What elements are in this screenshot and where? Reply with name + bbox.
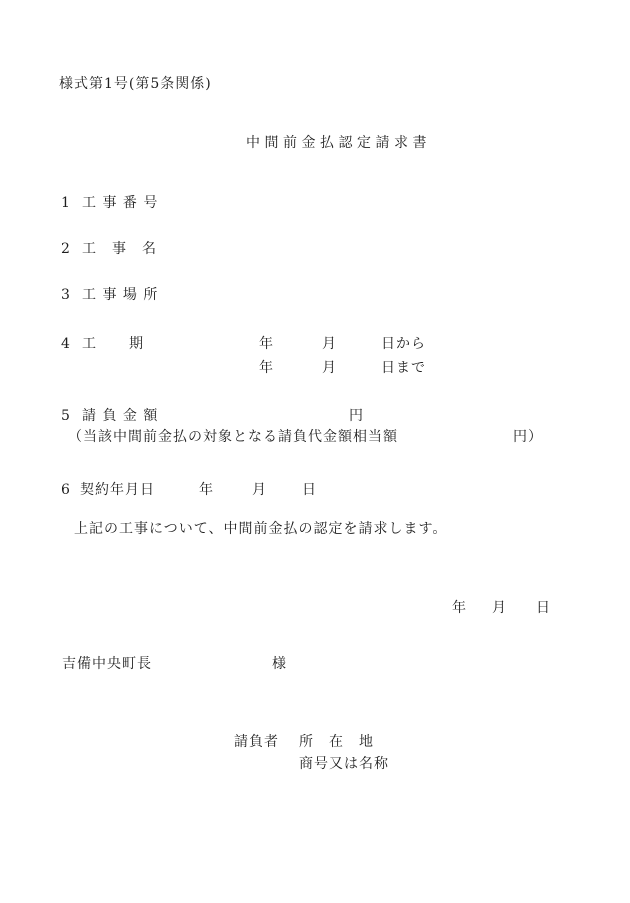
date-month-label: 月 (492, 601, 507, 615)
item-5-number: 5 (61, 409, 71, 423)
item-2-label-construction-name: 工 事 名 (82, 242, 157, 256)
item-5-note: （当該中間前金払の対象となる請負代金額相当額 (68, 430, 398, 444)
item-5-yen-label: 円 (349, 409, 364, 423)
item-3-number: 3 (61, 288, 71, 302)
item-4-to-year-label: 年 (259, 361, 274, 375)
item-4-number: 4 (61, 337, 71, 351)
item-4-from-day-label: 日から (381, 337, 426, 351)
contractor-label: 請負者 (234, 735, 279, 749)
page-title: 中間前金払認定請求書 (246, 136, 431, 150)
item-5-label-contract-amount: 請 負 金 額 (82, 409, 158, 423)
item-6-month-label: 月 (252, 483, 267, 497)
item-6-day-label: 日 (302, 483, 317, 497)
item-6-number: 6 (61, 483, 71, 497)
addressee-honorific: 様 (272, 657, 287, 671)
document-page: 様式第1号(第5条関係) 中間前金払認定請求書 1 工 事 番 号 2 工 事 … (0, 0, 630, 903)
item-1-number: 1 (61, 196, 71, 210)
item-5-note-yen-label: 円） (513, 430, 543, 444)
item-6-year-label: 年 (199, 483, 214, 497)
addressee-mayor-name: 吉備中央町長 (62, 657, 152, 671)
form-number: 様式第1号(第5条関係) (59, 77, 212, 91)
request-statement: 上記の工事について、中間前金払の認定を請求します。 (74, 522, 447, 536)
contractor-address-label: 所 在 地 (299, 735, 374, 749)
item-4-to-day-label: 日まで (381, 361, 426, 375)
item-3-label-construction-site: 工 事 場 所 (82, 288, 158, 302)
item-4-from-month-label: 月 (322, 337, 337, 351)
date-year-label: 年 (452, 601, 467, 615)
item-4-label-period-a: 工 (82, 337, 97, 351)
item-4-to-month-label: 月 (322, 361, 337, 375)
item-1-label-construction-number: 工 事 番 号 (82, 196, 158, 210)
item-6-label-contract-date: 契約年月日 (80, 483, 155, 497)
date-day-label: 日 (536, 601, 551, 615)
item-4-from-year-label: 年 (259, 337, 274, 351)
item-2-number: 2 (61, 242, 71, 256)
item-4-label-period-b: 期 (129, 337, 144, 351)
contractor-company-name-label: 商号又は名称 (299, 757, 389, 771)
